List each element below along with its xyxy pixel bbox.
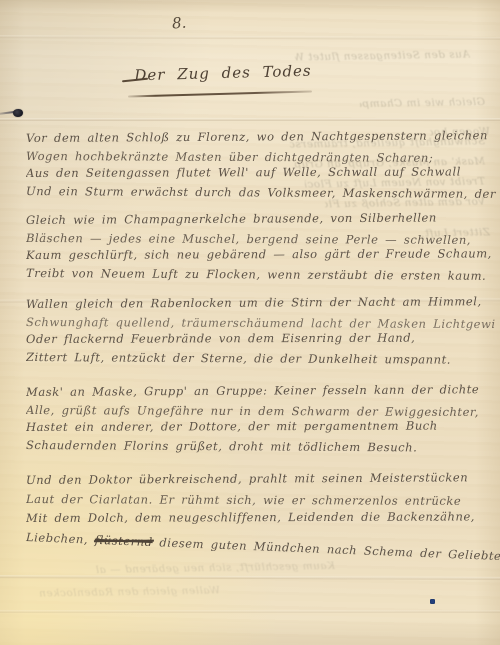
stanza-2: Gleich wie im Champagnerkelche brausende… — [26, 212, 496, 282]
ink-blot — [13, 109, 23, 117]
verse-line: Schaudernden Florins grüßet, droht mit t… — [26, 437, 496, 457]
crossed-out-word: flüsternd — [95, 533, 153, 549]
verse-line: Kaum geschlürft, sich neu gebärend — als… — [26, 245, 496, 264]
fold-crease — [0, 610, 500, 613]
manuscript-page: Aus den Seitengassen flutet Well' auf We… — [0, 0, 500, 645]
verse-fragment: Liebchen, — [26, 530, 95, 547]
page-number: 8. — [171, 14, 187, 33]
blue-ink-dot — [430, 599, 435, 604]
fold-crease — [0, 575, 500, 580]
verse-line: Treibt von Neuem Luft zu Flocken, wenn z… — [26, 265, 496, 285]
verse-line: Vor dem alten Schloß zu Florenz, wo den … — [26, 127, 496, 147]
show-through-line: Wallen gleich den Rabenlocken um die Sti… — [40, 584, 220, 599]
verse-line: Mit dem Dolch, dem neugeschliffenen, Lei… — [26, 507, 496, 528]
title-underline — [128, 90, 312, 97]
verse-line: Zittert Luft, entzückt der Sterne, die d… — [26, 349, 496, 369]
verse-line: Aus den Seitengassen flutet Well' auf We… — [26, 163, 496, 182]
stanza-1: Vor dem alten Schloß zu Florenz, wo den … — [26, 130, 496, 200]
verse-line-with-correction: Liebchen, flüsternd diesem guten Mündche… — [26, 528, 500, 566]
verse-line: Hastet ein anderer, der Dottore, der mit… — [26, 417, 496, 436]
fold-crease — [0, 35, 500, 40]
verse-line: Gleich wie im Champagnerkelche brausende… — [26, 209, 496, 229]
poem-title: Der Zug des Todes — [118, 61, 328, 84]
show-through-line: Gleich wie im Champagnerkelche brausende… — [360, 96, 485, 110]
verse-line: Mask' an Maske, Grupp' an Gruppe: Keiner… — [26, 381, 496, 401]
show-through-line: Kaum geschlürft, sich neu gebärend — als… — [95, 560, 335, 576]
verse-line: Und den Doktor überkreischend, prahlt mi… — [26, 468, 496, 490]
stanza-4: Mask' an Maske, Grupp' an Gruppe: Keiner… — [26, 384, 496, 454]
stanza-3: Wallen gleich den Rabenlocken um die Sti… — [26, 296, 496, 366]
fold-crease — [0, 118, 500, 121]
verse-line: Und ein Sturm erwächst durch das Volksme… — [26, 183, 496, 203]
verse-line: Oder flackernd Feuerbrände von dem Eisen… — [26, 329, 496, 348]
verse-fragment: diesem guten Mündchen nach Schema der Ge… — [152, 535, 500, 563]
stanza-5: Und den Doktor überkreischend, prahlt mi… — [26, 471, 496, 547]
verse-line: Wallen gleich den Rabenlocken um die Sti… — [26, 293, 496, 313]
